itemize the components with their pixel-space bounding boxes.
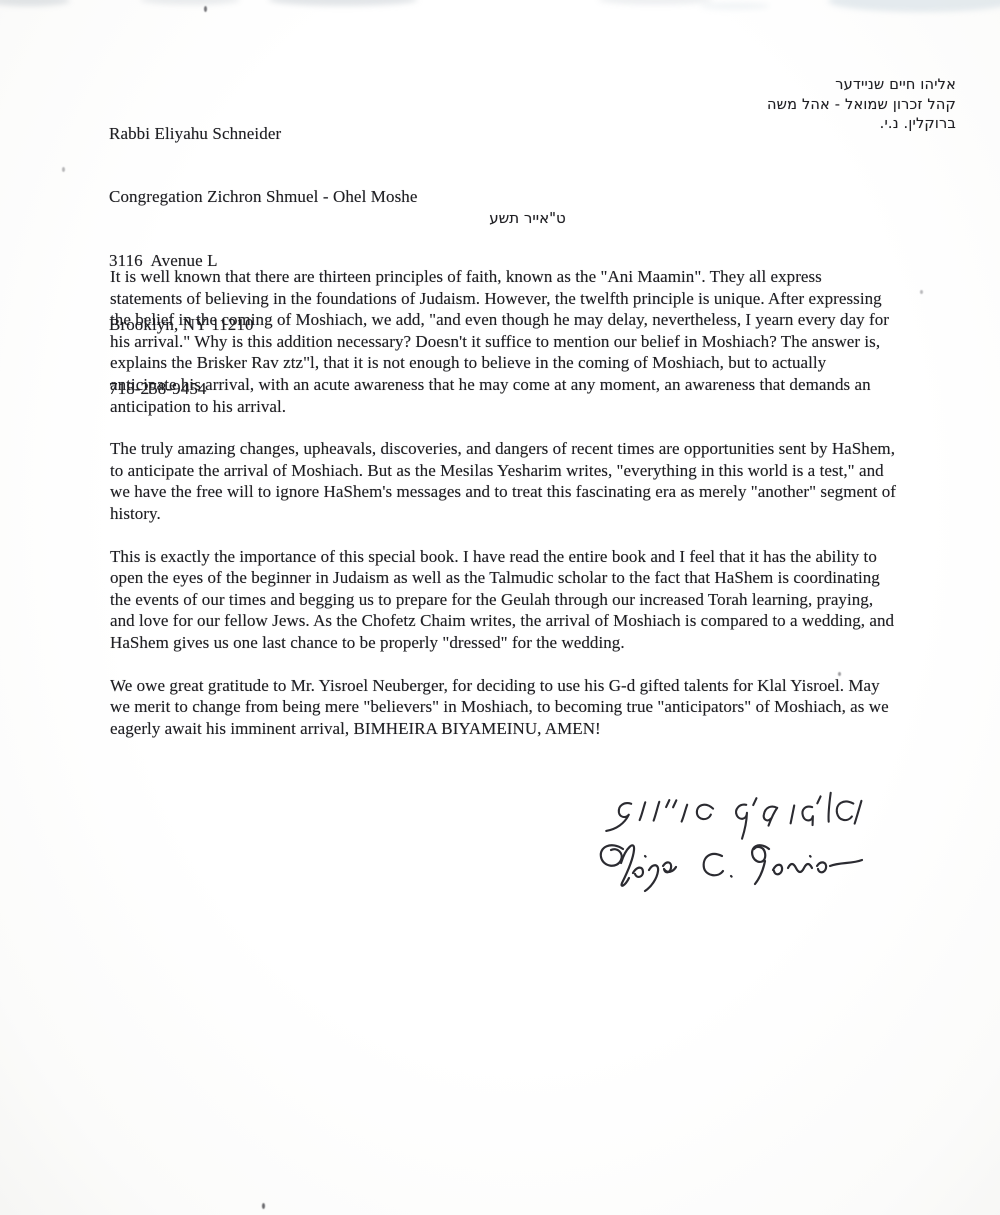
scan-artifact [268,0,418,6]
hebrew-letterhead-block: אליהו חיים שניידער קהל זכרון שמואל - אהל… [767,76,956,135]
scan-artifact [0,0,70,6]
letter-body: It is well known that there are thirteen… [110,266,896,760]
scan-artifact [140,0,240,5]
sender-congregation: Congregation Zichron Shmuel - Ohel Moshe [109,186,418,207]
scan-speck [204,6,207,12]
signature-hebrew-script [606,785,862,843]
letter-paragraph-book-importance: This is exactly the importance of this s… [110,546,896,654]
scan-speck [262,1203,265,1209]
scanned-letter-page: Rabbi Eliyahu Schneider Congregation Zic… [0,0,1000,1215]
letter-paragraph-recent-times: The truly amazing changes, upheavals, di… [110,438,896,524]
sender-name: Rabbi Eliyahu Schneider [109,123,418,144]
hebrew-letterhead-city: ברוקלין. נ.י. [767,115,956,135]
signature-latin-script [601,845,862,891]
hebrew-letterhead-congregation: קהל זכרון שמואל - אהל משה [767,96,956,116]
scan-speck [920,290,923,294]
scan-artifact [700,2,770,10]
hebrew-letterhead-name: אליהו חיים שניידער [767,76,956,96]
letter-paragraph-principles-of-faith: It is well known that there are thirteen… [110,266,896,417]
handwritten-signature [573,783,873,901]
letter-paragraph-gratitude: We owe great gratitude to Mr. Yisroel Ne… [110,675,896,740]
hebrew-date-line: ט"אייר תשע [480,209,575,227]
scan-speck [62,167,65,172]
scan-artifact [828,0,1000,12]
scan-artifact [598,0,713,5]
